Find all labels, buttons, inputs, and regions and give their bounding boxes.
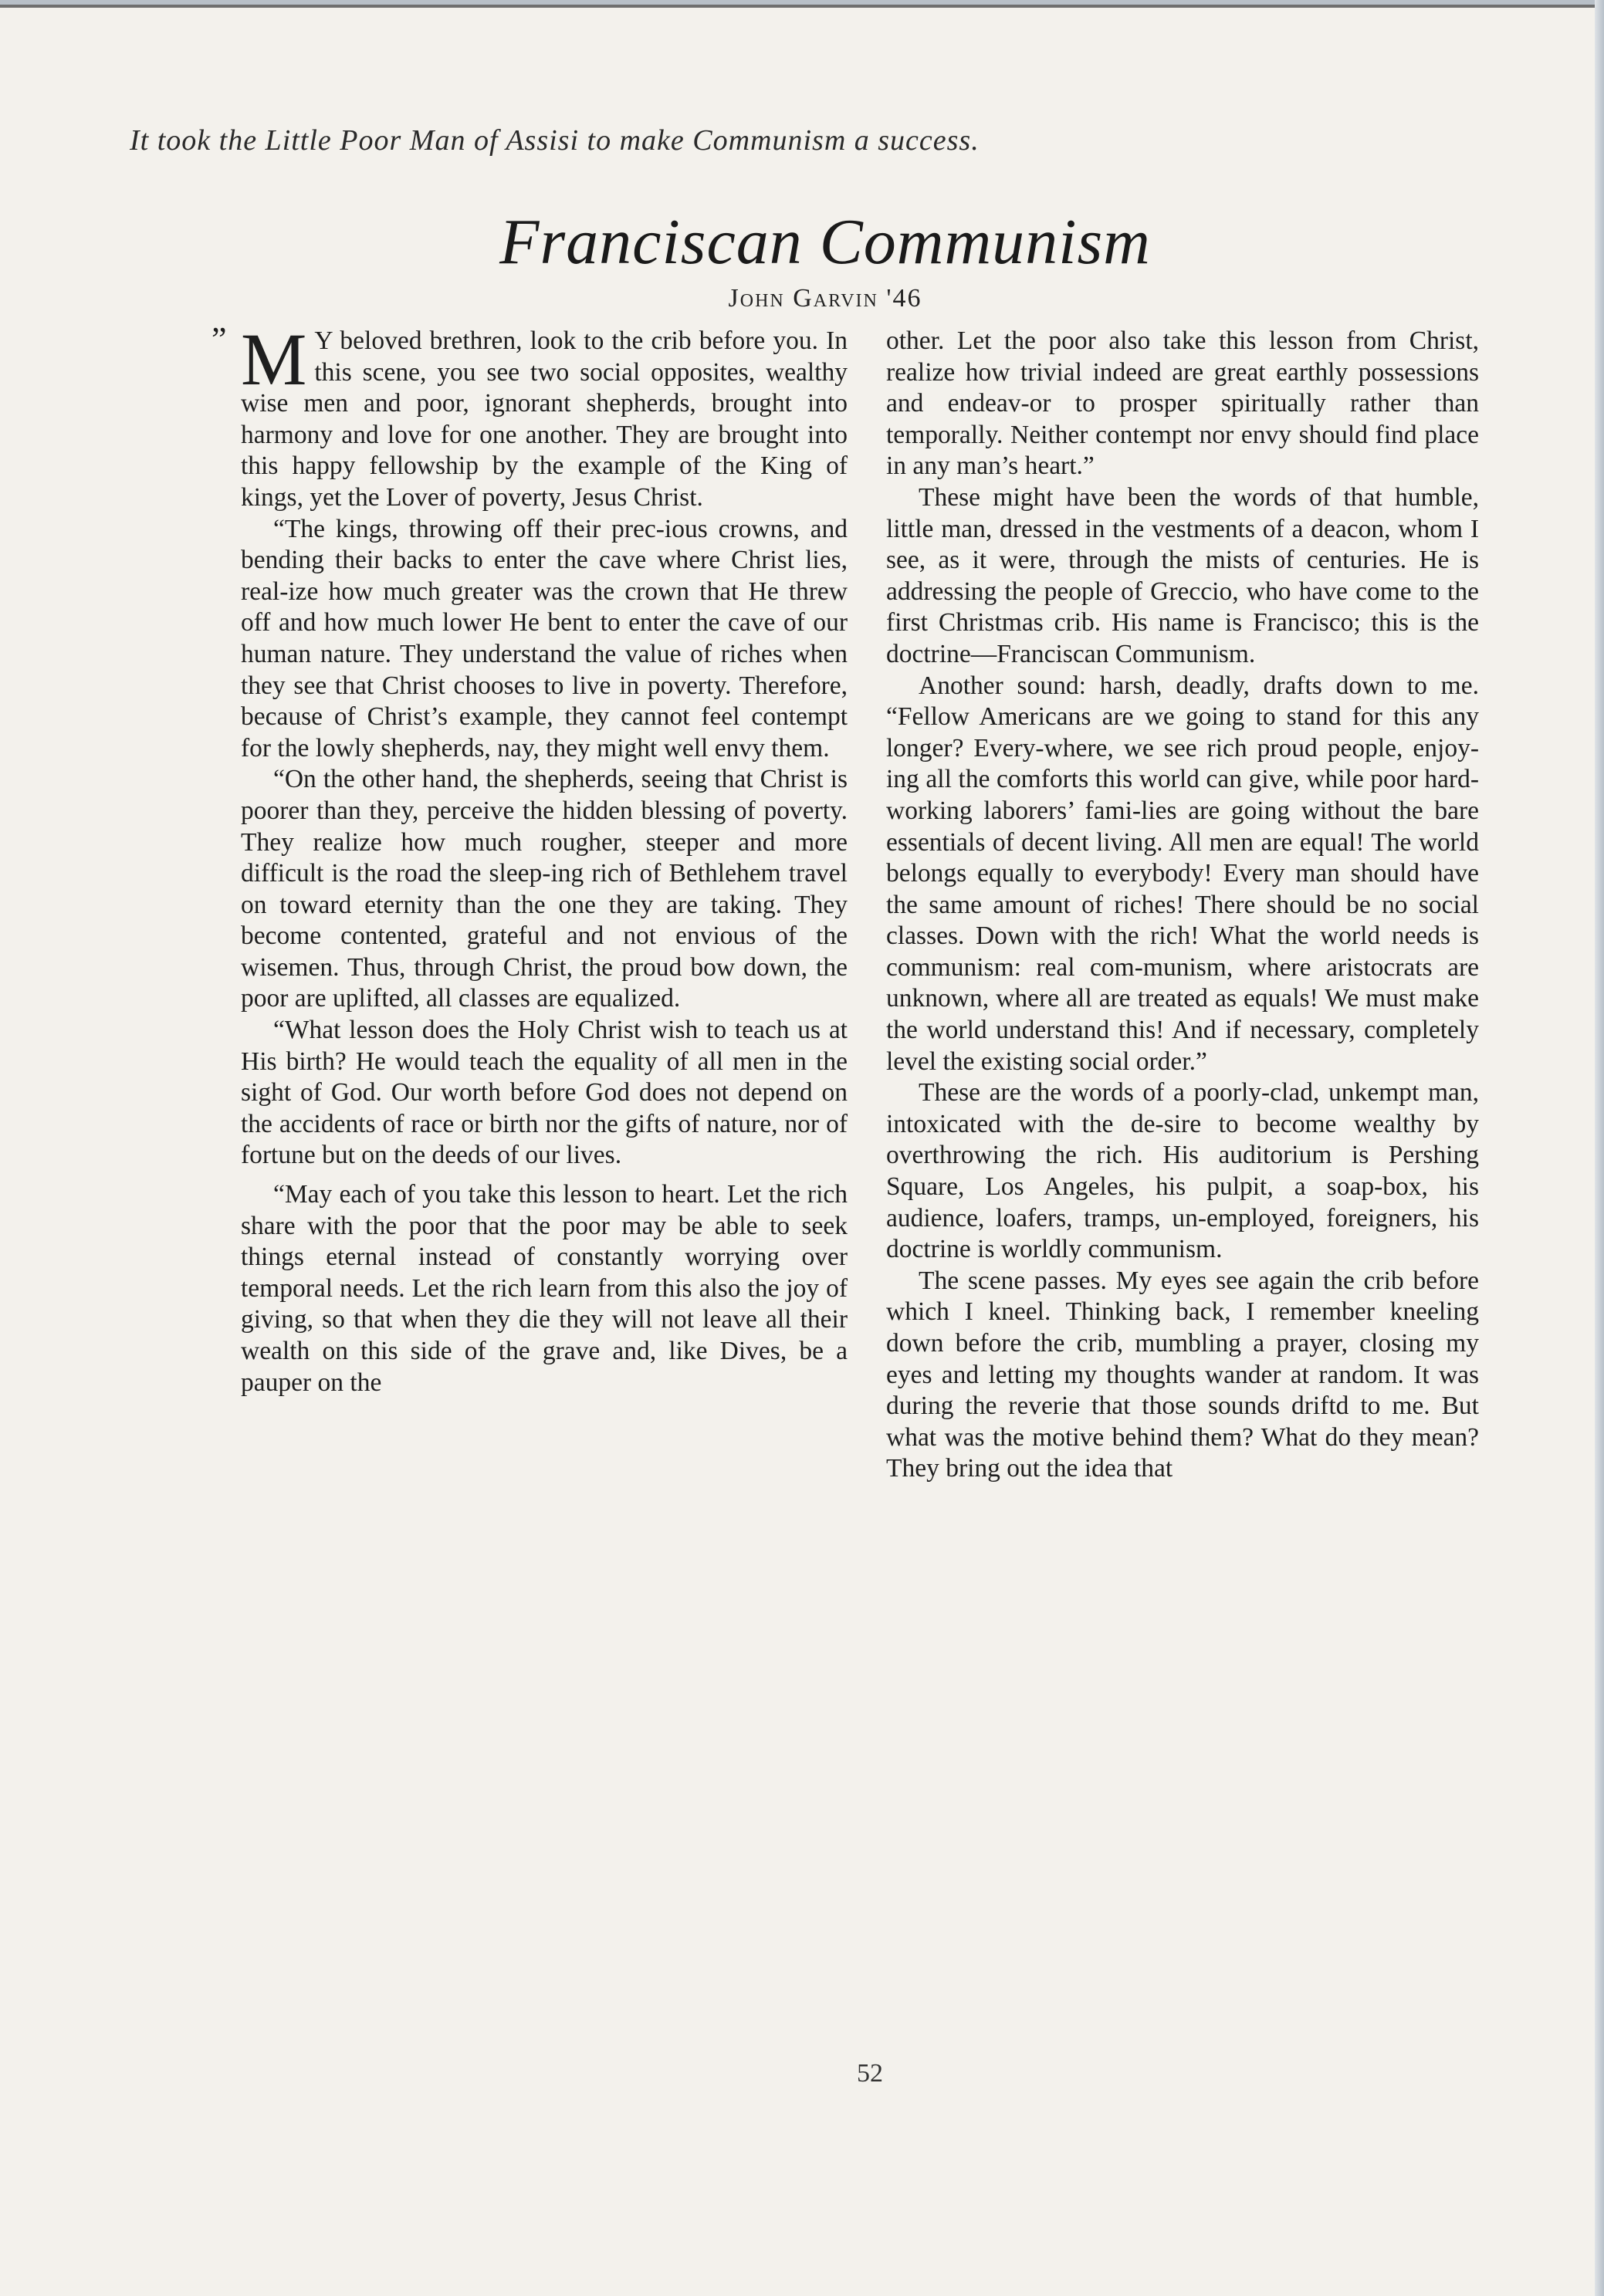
right-column: other. Let the poor also take this lesso… xyxy=(886,326,1479,1485)
paragraph-9: These are the words of a poorly-clad, un… xyxy=(886,1077,1479,1266)
page-number: 52 xyxy=(857,2059,883,2088)
article-title: Franciscan Communism xyxy=(0,205,1604,279)
paragraph-1: ” M Y beloved brethren, look to the crib… xyxy=(241,326,848,514)
left-column: ” M Y beloved brethren, look to the crib… xyxy=(241,326,848,1398)
paragraph-2: “The kings, throwing off their prec-ious… xyxy=(241,514,848,765)
paragraph-5: “May each of you take this lesson to hea… xyxy=(241,1179,848,1398)
paragraph-text: Y beloved brethren, look to the crib bef… xyxy=(241,326,848,512)
page-edge-shadow xyxy=(1595,0,1604,2296)
paragraph-3: “On the other hand, the shepherds, seein… xyxy=(241,764,848,1015)
paragraph-10: The scene passes. My eyes see again the … xyxy=(886,1266,1479,1485)
paragraph-7: These might have been the words of that … xyxy=(886,482,1479,671)
article-kicker: It took the Little Poor Man of Assisi to… xyxy=(130,123,980,157)
opening-quote-mark: ” xyxy=(211,323,227,357)
drop-cap: M xyxy=(241,330,306,387)
paragraph-4: “What lesson does the Holy Christ wish t… xyxy=(241,1015,848,1172)
magazine-page: It took the Little Poor Man of Assisi to… xyxy=(0,5,1595,2296)
paragraph-6: other. Let the poor also take this lesso… xyxy=(886,326,1479,482)
article-byline: John Garvin '46 xyxy=(0,284,1604,313)
paragraph-8: Another sound: harsh, deadly, drafts dow… xyxy=(886,671,1479,1078)
